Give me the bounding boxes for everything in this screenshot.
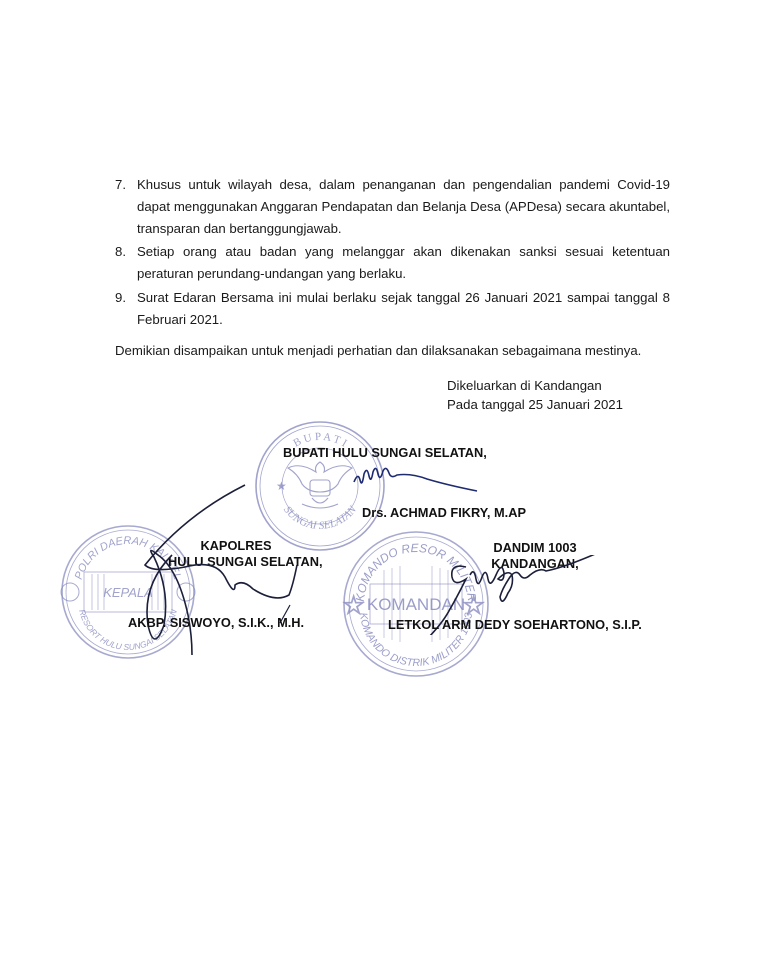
kapolres-signature-icon <box>110 475 310 665</box>
bupati-title: BUPATI HULU SUNGAI SELATAN, <box>283 445 487 461</box>
list-item-7: 7. Khusus untuk wilayah desa, dalam pena… <box>115 174 670 240</box>
item-number: 7. <box>115 174 126 196</box>
list-item-9: 9. Surat Edaran Bersama ini mulai berlak… <box>115 287 670 331</box>
kapolres-name: AKBP. SISWOYO, S.I.K., M.H. <box>128 615 304 631</box>
bupati-name: Drs. ACHMAD FIKRY, M.AP <box>362 505 526 521</box>
item-text: Setiap orang atau badan yang melanggar a… <box>137 241 670 285</box>
dandim-name: LETKOL ARM DEDY SOEHARTONO, S.I.P. <box>388 617 642 633</box>
item-text: Khusus untuk wilayah desa, dalam penanga… <box>137 174 670 240</box>
dandim-title-line1: DANDIM 1003 <box>470 540 600 556</box>
item-number: 9. <box>115 287 126 309</box>
item-number: 8. <box>115 241 126 263</box>
bupati-signature-icon <box>350 462 490 498</box>
item-text: Surat Edaran Bersama ini mulai berlaku s… <box>137 287 670 331</box>
document-page: 7. Khusus untuk wilayah desa, dalam pena… <box>0 0 768 960</box>
closing-statement: Demikian disampaikan untuk menjadi perha… <box>115 342 641 360</box>
list-item-8: 8. Setiap orang atau badan yang melangga… <box>115 241 670 285</box>
issued-place: Dikeluarkan di Kandangan <box>447 376 623 395</box>
svg-text:☆: ☆ <box>342 590 365 620</box>
issued-block: Dikeluarkan di Kandangan Pada tanggal 25… <box>447 376 623 414</box>
issued-date: Pada tanggal 25 Januari 2021 <box>447 395 623 414</box>
